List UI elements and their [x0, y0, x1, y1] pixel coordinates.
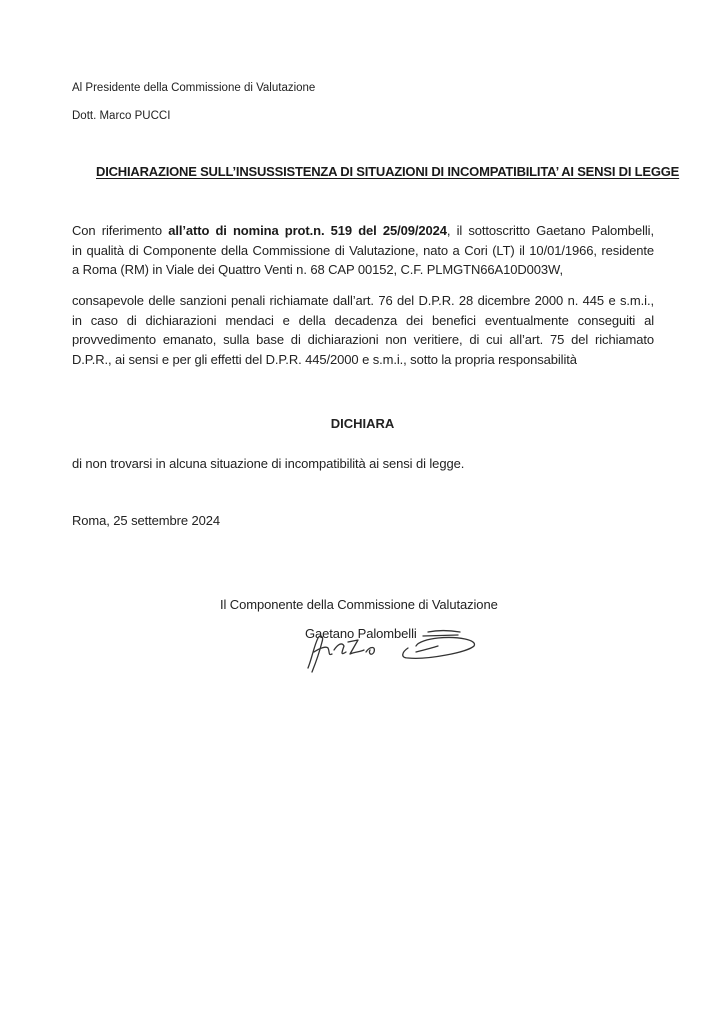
- paragraph-line: in caso di dichiarazioni mendaci e della…: [72, 311, 654, 331]
- paragraph-appointment: Con riferimento all’atto di nomina prot.…: [72, 221, 654, 280]
- place-date: Roma, 25 settembre 2024: [72, 513, 220, 528]
- handwritten-signature: [298, 618, 528, 678]
- paragraph-line: provvedimento emanato, sulla base di dic…: [72, 330, 654, 350]
- signature-role: Il Componente della Commissione di Valut…: [220, 597, 498, 612]
- paragraph-line: D.P.R., ai sensi e per gli effetti del D…: [72, 350, 654, 370]
- paragraph-line: Con riferimento all’atto di nomina prot.…: [72, 221, 654, 241]
- recipient-line-2: Dott. Marco PUCCI: [72, 110, 170, 122]
- declaration-text: di non trovarsi in alcuna situazione di …: [72, 456, 464, 471]
- declaration-heading: DICHIARA: [0, 416, 725, 431]
- paragraph-line: a Roma (RM) in Viale dei Quattro Venti n…: [72, 260, 654, 280]
- recipient-line-1: Al Presidente della Commissione di Valut…: [72, 82, 315, 94]
- paragraph-line: consapevole delle sanzioni penali richia…: [72, 291, 654, 311]
- paragraph-line: in qualità di Componente della Commissio…: [72, 241, 654, 261]
- appointment-reference: all’atto di nomina prot.n. 519 del 25/09…: [168, 223, 447, 238]
- paragraph-awareness: consapevole delle sanzioni penali richia…: [72, 291, 654, 369]
- document-title: DICHIARAZIONE SULL’INSUSSISTENZA DI SITU…: [96, 164, 679, 179]
